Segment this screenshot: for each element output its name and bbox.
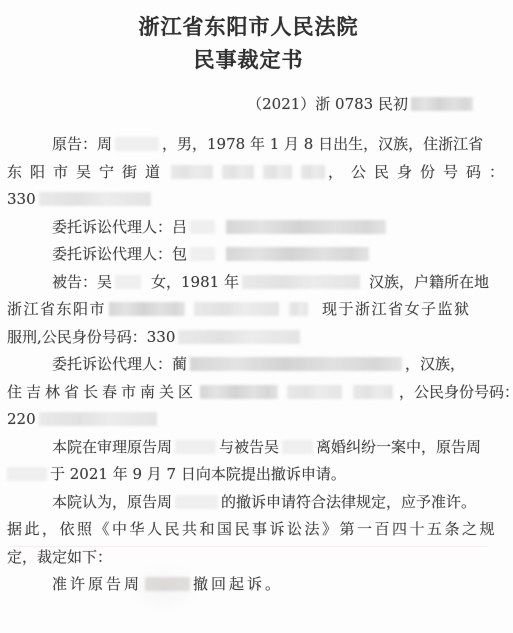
redaction-block — [222, 165, 254, 179]
redaction-block — [263, 165, 292, 179]
redaction-block — [242, 275, 360, 289]
redaction-block — [190, 220, 215, 234]
redaction-block — [411, 97, 473, 111]
text-run: 据此，依照《中华人民共和国民事诉讼法》第一百四十五条之规 — [7, 520, 497, 538]
document-body: 原告：周，男，1978 年 1 月 8 日出生，汉族，住浙江省 东阳市吴宁街道，… — [7, 131, 506, 599]
text-run: 220 — [7, 410, 36, 428]
document-line: 服刑,公民身份号码：330 — [7, 324, 506, 352]
text-run: ，男，1978 年 1 月 8 日出生，汉族，住浙江省 — [162, 135, 483, 153]
redaction-block — [226, 247, 369, 261]
redaction-block — [115, 137, 159, 151]
redaction-block — [353, 385, 393, 399]
redaction-block — [289, 302, 308, 316]
document-line: 220 — [7, 406, 506, 434]
text-run: 汉族，户籍所在地 — [369, 273, 489, 291]
redaction-block — [282, 440, 313, 454]
text-run: 现于浙江省女子监狱 — [322, 300, 471, 318]
document-line: 委托诉讼代理人：包 — [7, 241, 506, 269]
redaction-block — [7, 467, 47, 481]
text-run: 330 — [7, 190, 36, 208]
text-run: ，汉族， — [405, 355, 465, 373]
text-run: 离婚纠纷一案中，原告周 — [316, 438, 481, 456]
document-page: 浙江省东阳市人民法院 民事裁定书 （2021）浙 0783 民初 原告：周，男，… — [0, 0, 513, 633]
text-run: 东阳市吴宁街道 — [7, 163, 168, 181]
court-name: 浙江省东阳市人民法院 — [0, 10, 497, 43]
case-number: （2021）浙 0783 民初 — [247, 95, 408, 113]
stamp-ghost-mark — [128, 563, 200, 613]
document-line: 330 — [7, 186, 506, 214]
text-run: ，公民身份号码： — [399, 383, 513, 401]
document-line: 于 2021 年 9 月 7 日向本院提出撤诉申请。 — [7, 461, 506, 489]
case-number-line: （2021）浙 0783 民初 — [0, 92, 476, 116]
document-line: 准许原告周撤回起诉。 — [7, 571, 506, 599]
text-run: 本院认为，原告周 — [52, 493, 172, 511]
document-line: 被告：吴女，1981 年汉族，户籍所在地 — [7, 269, 506, 297]
document-line: 据此，依照《中华人民共和国民事诉讼法》第一百四十五条之规 — [7, 516, 506, 544]
text-run: 委托诉讼代理人：吕 — [52, 218, 187, 236]
text-run: 女，1981 年 — [151, 273, 239, 291]
text-run: 住吉林省长春市南关区 — [7, 383, 197, 401]
redaction-block — [287, 385, 342, 399]
document-header: 浙江省东阳市人民法院 民事裁定书 — [0, 10, 497, 76]
text-run: 浙江省东阳市 — [7, 300, 106, 318]
document-line: 委托诉讼代理人：蔺，汉族， — [7, 351, 506, 379]
text-run: 委托诉讼代理人：蔺 — [52, 355, 187, 373]
text-run: 定，裁定如下： — [7, 548, 112, 566]
document-line: 原告：周，男，1978 年 1 月 8 日出生，汉族，住浙江省 — [7, 131, 506, 159]
text-run: 撤回起诉。 — [193, 575, 283, 593]
document-type-title: 民事裁定书 — [0, 43, 497, 76]
redaction-block — [175, 495, 218, 509]
text-run: 与被告吴 — [219, 438, 279, 456]
text-run: 被告：吴 — [52, 273, 112, 291]
text-run: 于 2021 年 9 月 7 日向本院提出撤诉申请。 — [50, 465, 346, 483]
redaction-block — [194, 302, 279, 316]
text-run: 服刑,公民身份号码：330 — [7, 328, 175, 346]
document-line: 住吉林省长春市南关区，公民身份号码： — [7, 379, 506, 407]
redaction-block — [190, 357, 402, 371]
text-run: 本院在审理原告周 — [52, 438, 172, 456]
text-run: ，公民身份号码： — [328, 163, 512, 181]
redaction-block — [178, 330, 300, 344]
text-run: 的撤诉申请符合法律规定，应予准许。 — [221, 493, 476, 511]
redaction-block — [109, 302, 185, 316]
document-line: 东阳市吴宁街道，公民身份号码： — [7, 159, 506, 187]
redaction-block — [301, 165, 325, 179]
redaction-block — [39, 412, 157, 426]
redaction-block — [39, 192, 151, 206]
redaction-block — [200, 385, 278, 399]
document-line: 委托诉讼代理人：吕 — [7, 214, 506, 242]
redaction-block — [115, 275, 141, 289]
scan-artifact-line — [10, 546, 488, 547]
redaction-block — [175, 440, 216, 454]
text-run: 原告：周 — [52, 135, 112, 153]
document-line: 本院在审理原告周与被告吴离婚纠纷一案中，原告周 — [7, 434, 506, 462]
document-line: 定，裁定如下： — [7, 544, 506, 572]
redaction-block — [190, 247, 215, 261]
text-run: 委托诉讼代理人：包 — [52, 245, 187, 263]
redaction-block — [171, 165, 213, 179]
document-line: 浙江省东阳市现于浙江省女子监狱 — [7, 296, 506, 324]
document-line: 本院认为，原告周的撤诉申请符合法律规定，应予准许。 — [7, 489, 506, 517]
redaction-block — [226, 220, 386, 234]
